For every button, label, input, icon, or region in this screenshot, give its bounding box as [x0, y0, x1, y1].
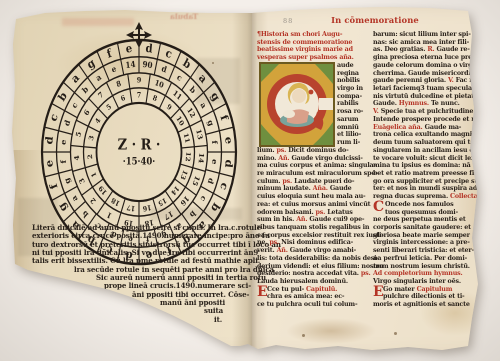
cell-divider — [193, 201, 204, 211]
cell-divider — [121, 198, 125, 212]
wheel-cell-golden-numbers: 9 — [137, 75, 142, 85]
pencil-foliation-note: 88 — [283, 17, 293, 25]
cell-divider — [180, 98, 190, 108]
text-line: rabilis — [257, 100, 371, 108]
text-line: rea: et cuius morsus animi vincūt — [257, 201, 371, 209]
hub-date: ·15·40· — [123, 156, 156, 168]
text-line: rum li- — [257, 139, 371, 147]
text-line: sarum — [257, 116, 371, 124]
cell-divider — [79, 64, 88, 77]
wheel-cell-second-rotula-letters: a — [199, 100, 209, 110]
text-line: ne. ps. Nisi dominus edifica- — [257, 239, 371, 247]
text-line: na perfrui leticia. Per domi- — [373, 255, 479, 263]
wheel-cell-second-rotula-letters: c — [70, 100, 80, 110]
cell-divider — [52, 193, 65, 200]
cell-divider — [219, 173, 233, 177]
wheel-cell-inner-numbers: 17 — [126, 203, 136, 213]
wheel-cell-inner-numbers: 7 — [137, 91, 142, 100]
cell-divider — [74, 93, 85, 103]
wheel-cell-second-rotula-letters: c — [175, 72, 183, 83]
cell-divider — [159, 96, 165, 109]
cell-divider — [97, 51, 103, 66]
cell-divider — [185, 187, 196, 195]
text-line: ribus tanquam stolis regalibus in — [257, 224, 371, 232]
wheel-cell-golden-numbers: 5 — [74, 130, 83, 138]
cell-divider — [63, 82, 74, 92]
wheel-cell-second-rotula-letters: b — [188, 84, 198, 95]
running-header: In cōmemoratione — [300, 15, 450, 25]
cell-divider — [76, 120, 88, 126]
text-line: ter: et nos in mundi suspira ad — [373, 185, 479, 193]
wheel-cell-dominical-letters-outer: f — [105, 46, 114, 61]
cell-divider — [219, 127, 233, 131]
wheel-cell-second-rotula-letters: c — [198, 194, 208, 204]
wheel-cell-inner-numbers: 9 — [165, 102, 173, 112]
cell-divider — [103, 66, 109, 81]
cell-divider — [106, 82, 112, 95]
text-line: as. Deo gratias. R. Gaude re- — [373, 46, 479, 54]
wheel-cell-dominical-letters-outer: b — [56, 89, 70, 104]
wheel-cell-second-rotula-letters: d — [206, 177, 216, 186]
cell-divider — [128, 74, 130, 89]
cell-divider — [194, 145, 207, 146]
cell-divider — [213, 193, 226, 200]
wheel-cell-second-rotula-letters: e — [210, 159, 219, 165]
text-line: verit. Añ. Gaude virgo amabi- — [257, 247, 371, 255]
cell-divider — [206, 131, 220, 135]
wheel-cell-second-rotula-letters: g — [206, 119, 216, 128]
wheel-cell-second-rotula-letters: e — [110, 64, 117, 75]
wheel-cell-dominical-letters-outer: f — [218, 113, 231, 124]
text-line: corporis sanitate gaudere: et — [373, 224, 479, 232]
wheel-cell-inner-numbers: 16 — [142, 203, 152, 213]
text-line: aude — [257, 62, 371, 70]
instructions-paragraph: Literā dñicalē ad annū ppositū scire si … — [32, 224, 248, 324]
wheel-cell-golden-numbers: 6 — [82, 108, 92, 118]
text-line: chra es amica mea: ec- — [257, 293, 371, 301]
ink-speck — [302, 334, 305, 337]
text-line: nobilis — [257, 77, 371, 85]
cell-divider — [148, 74, 150, 89]
wheel-cell-dominical-letters-outer: a — [196, 71, 209, 86]
wheel-cell-second-rotula-letters: a — [70, 194, 80, 204]
text-line: deum tuum saluatorem qui te fecit — [373, 139, 479, 147]
cell-divider — [44, 127, 58, 131]
wheel-cell-inner-numbers: 8 — [152, 94, 159, 104]
wheel-cell-second-rotula-letters: 90 — [142, 59, 153, 70]
cell-divider — [117, 43, 120, 59]
wheel-cell-second-rotula-letters: d — [63, 118, 73, 127]
cell-divider — [88, 126, 100, 132]
hub-monogram: Z · R · — [118, 137, 161, 154]
cell-divider — [201, 186, 214, 193]
text-line: re miraculum est miraculorum spe- — [257, 170, 371, 178]
text-line: mina tu ipsius es domina: nā tua ha- — [373, 162, 479, 170]
cell-divider — [165, 82, 171, 95]
cell-divider — [204, 211, 215, 221]
cell-divider — [173, 203, 181, 215]
wheel-cell-dominical-letters-outer: g — [208, 89, 222, 104]
text-line: gaude celorum domina o virgo pul- — [373, 62, 479, 70]
wheel-cell-inner-numbers: 10 — [175, 115, 186, 128]
text-column-left: ¶Historia sm chori Augu-stensis de comme… — [257, 31, 371, 309]
text-line: senti liberari tristicia: et eter- — [373, 247, 479, 255]
wheel-cell-inner-numbers: 2 — [86, 153, 94, 159]
text-line: vesperas super psalmos aña. — [257, 54, 371, 62]
wheel-cell-dominical-letters-outer: a — [69, 71, 82, 86]
wheel-cell-dominical-letters-outer: d — [43, 135, 56, 145]
wheel-cell-inner-numbers: 3 — [87, 134, 95, 141]
wheel-cell-golden-numbers: 14 — [197, 152, 206, 163]
text-line: virginis intercessione: a pre- — [373, 239, 479, 247]
cell-divider — [206, 170, 220, 174]
wheel-cell-golden-numbers: 8 — [115, 78, 122, 89]
text-line: singularem in ancillam iesu christi — [373, 147, 479, 155]
text-line: moris et agnitionis et sancte — [373, 301, 479, 309]
text-line: Virgo singularis inter oēs. — [373, 278, 479, 286]
paper-leaf: Tabula dcbagfedcbagfedcbagfedcbagfe1490d… — [0, 0, 500, 361]
text-line: beatissime virginis marie ad — [257, 46, 371, 54]
text-line: barum: sicut lilium inter spi- — [373, 31, 479, 39]
cell-divider — [182, 77, 191, 90]
photographed-incunabulum-leaf: Tabula dcbagfedcbagfedcbagfedcbagfe1490d… — [0, 0, 500, 361]
wheel-cell-second-rotula-letters: b — [188, 209, 198, 220]
cell-divider — [88, 78, 97, 91]
text-line: et lilio- — [257, 131, 371, 139]
wheel-cell-golden-numbers: 10 — [154, 77, 165, 90]
wheel-cell-inner-numbers: 5 — [105, 102, 113, 112]
wheel-cell-dominical-letters-outer: c — [217, 181, 230, 193]
wheel-cell-dominical-letters-outer: b — [181, 56, 194, 72]
cell-divider — [59, 170, 73, 174]
text-line: gaude perenni gloria. V. Fac nos — [373, 77, 479, 85]
text-line: rosa ro- — [257, 108, 371, 116]
text-line: sum in his. Añ. Gaude cui9 ope- — [257, 216, 371, 224]
cell-divider — [193, 93, 204, 103]
wheel-cell-second-rotula-letters: g — [62, 176, 72, 185]
text-line: gina preciosa eterna luce premicās — [373, 54, 479, 62]
cell-divider — [85, 164, 98, 168]
cell-divider — [181, 147, 194, 148]
cell-divider — [169, 66, 175, 81]
text-line: ce tu pulchra oculi tui colum- — [257, 301, 371, 309]
wheel-cell-second-rotula-letters: b — [81, 84, 91, 95]
cell-divider — [73, 168, 86, 172]
cell-divider — [44, 173, 58, 177]
wheel-cell-second-rotula-letters: 14 — [125, 59, 136, 70]
cell-divider — [190, 120, 202, 126]
wheel-cell-dominical-letters-outer: d — [145, 41, 154, 56]
cell-divider — [63, 211, 74, 221]
text-line: Ad completorium hymnus. — [373, 270, 479, 278]
wheel-cell-second-rotula-letters: f — [59, 159, 68, 164]
wheel-cell-inner-numbers: 13 — [179, 168, 189, 181]
text-column-right: barum: sicut lilium inter spi-nas: sic a… — [373, 31, 479, 309]
text-line: COncede nos famulos — [373, 201, 479, 209]
wheel-cell-golden-numbers: 7 — [96, 90, 105, 101]
text-line: minum laudate. Aña. Gaude — [257, 185, 371, 193]
text-line: V. Specie tua et pulchritudine tua. — [373, 108, 479, 116]
cell-divider — [97, 203, 105, 215]
wheel-cell-dominical-letters-outer: g — [55, 200, 69, 215]
wheel-cell-dominical-letters-outer: e — [43, 159, 56, 168]
wheel-cell-dominical-letters-outer: d — [222, 159, 235, 169]
wheel-cell-inner-numbers: 6 — [120, 93, 127, 103]
cell-divider — [204, 82, 215, 92]
cell-divider — [146, 89, 148, 104]
cell-divider — [113, 96, 119, 109]
wheel-cell-second-rotula-letters: a — [94, 72, 102, 83]
cell-divider — [153, 198, 157, 212]
cell-divider — [65, 186, 78, 193]
cell-divider — [59, 131, 73, 135]
wheel-cell-second-rotula-letters: e — [59, 139, 68, 145]
text-line: ne deus perpetua mentis et — [373, 216, 479, 224]
ink-speck — [394, 332, 397, 335]
text-line: ma cuius corpus et anima: singula- — [257, 162, 371, 170]
wheel-cell-inner-numbers: 12 — [184, 151, 192, 162]
cell-divider — [130, 89, 132, 104]
text-line: letari faciemq3 tuam speculari sple- — [373, 85, 479, 93]
text-line: it. — [32, 316, 248, 324]
cell-divider — [98, 109, 108, 119]
text-line: virgo in — [257, 85, 371, 93]
wheel-cell-golden-numbers: 15 — [191, 174, 202, 188]
cell-divider — [213, 103, 226, 110]
text-line: Intende prospere procede et regna. — [373, 116, 479, 124]
text-line: desiderio: nostra accedat vita. ps. — [257, 270, 371, 278]
text-line: lium. ps. Dicit dominus do- — [257, 147, 371, 155]
wheel-cell-golden-numbers: 1 — [105, 210, 113, 221]
text-line: pulchre dilectionis et ti- — [373, 293, 479, 301]
wheel-cell-golden-numbers: 13 — [194, 128, 204, 141]
wheel-cell-inner-numbers: 1 — [90, 171, 99, 179]
wheel-cell-second-rotula-letters: f — [210, 140, 219, 145]
text-line: lis: tota desiderabilis: da nobis desi- — [257, 255, 371, 263]
wheel-cell-inner-numbers: 11 — [182, 132, 191, 144]
cell-divider — [84, 147, 97, 148]
cell-divider — [89, 98, 99, 108]
wheel-cell-dominical-letters-outer: g — [85, 55, 98, 71]
wheel-cell-inner-numbers: 15 — [156, 196, 167, 208]
cell-divider — [52, 103, 65, 110]
text-line: regna ducas suprema. Collecta. — [373, 193, 479, 201]
wheel-cell-inner-numbers: 4 — [94, 116, 103, 125]
leaf-shadow: Tabula dcbagfedcbagfedcbagfedcbagfe1490d… — [0, 0, 500, 361]
cell-divider — [71, 145, 84, 146]
cell-divider — [75, 201, 86, 211]
text-line: bet et ratio matrem preesse filio er- — [373, 170, 479, 178]
wheel-cell-golden-numbers: 2 — [88, 196, 97, 206]
wheel-cell-golden-numbers: 3 — [77, 177, 86, 186]
cell-divider — [82, 187, 93, 195]
cell-divider — [193, 168, 206, 172]
text-line: trona celica exultando magnifica: — [373, 131, 479, 139]
cell-divider — [157, 43, 160, 59]
text-line: Lauda hierusalem dominū. — [257, 278, 371, 286]
cell-divider — [154, 59, 157, 75]
wheel-cell-dominical-letters-outer: b — [208, 200, 222, 215]
wheel-cell-second-rotula-letters: b — [80, 208, 90, 219]
cell-divider — [65, 111, 78, 118]
wheel-cell-dominical-letters-outer: c — [164, 46, 174, 62]
wheel-cell-golden-numbers: 4 — [72, 155, 81, 161]
wheel-cell-dominical-letters-outer: c — [47, 112, 60, 124]
cell-divider — [201, 111, 214, 118]
cell-divider — [190, 64, 199, 77]
text-line: cuius eloquia sunt heu mala au- — [257, 193, 371, 201]
wheel-cell-dominical-letters-outer: e — [222, 136, 235, 145]
wheel-cell-inner-numbers: 18 — [110, 195, 121, 207]
wheel-cell-dominical-letters-outer: f — [47, 180, 60, 191]
wheel-cell-second-rotula-letters: d — [160, 64, 168, 75]
cell-divider — [121, 59, 124, 75]
cell-divider — [180, 164, 193, 168]
text-line: ¶Historia sm chori Augu- — [257, 31, 371, 39]
wheel-cell-dominical-letters-outer: e — [125, 41, 133, 56]
cell-divider — [175, 51, 181, 66]
